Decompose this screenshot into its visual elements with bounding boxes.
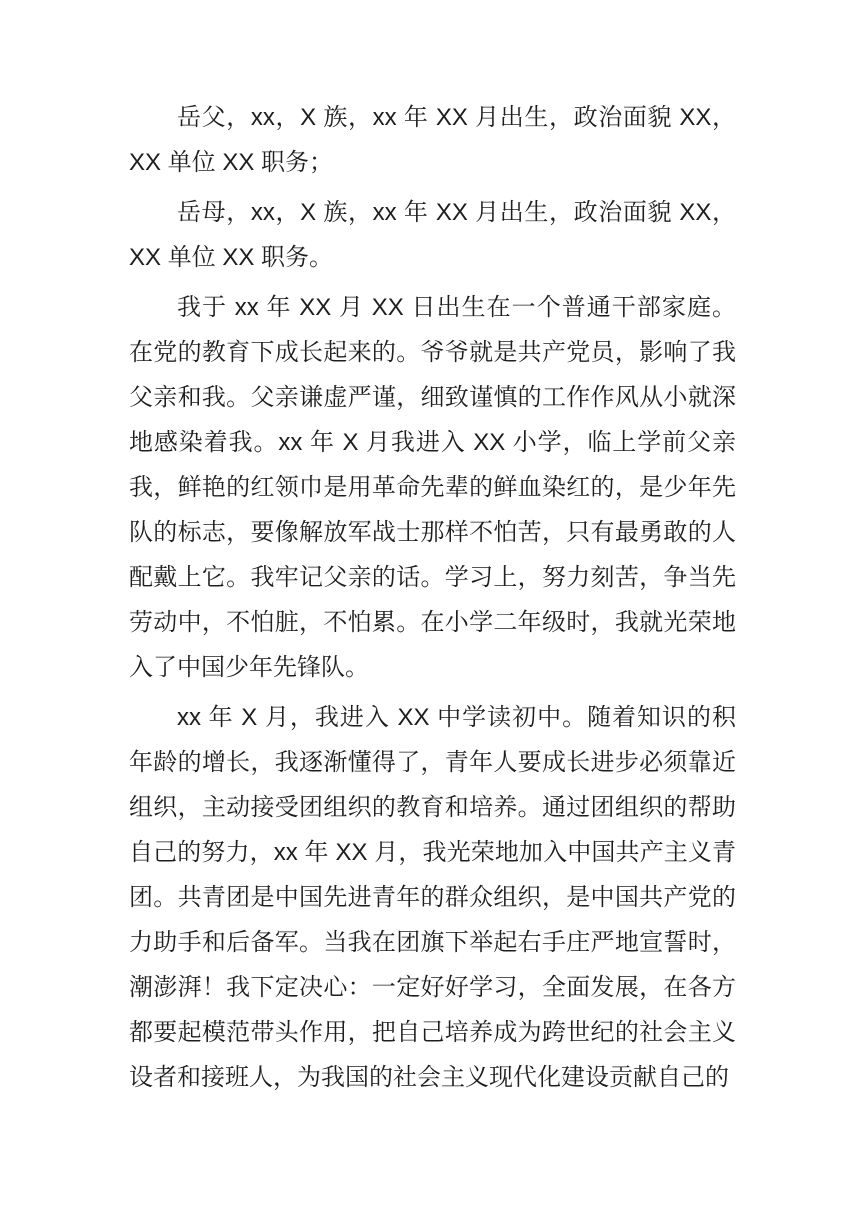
text-line: xx 年 X 月，我进入 XX 中学读初中。随着知识的积累和: [129, 695, 736, 740]
text-line: 团。共青团是中国先进青年的群众组织，是中国共产党的得: [129, 875, 736, 920]
text-line: 力助手和后备军。当我在团旗下举起右手庄严地宣誓时，心: [129, 920, 736, 965]
paragraph-2: 岳母，xx，X 族，xx 年 XX 月出生，政治面貌 XX，现任XX 单位 XX…: [129, 190, 736, 280]
text-line: 都要起模范带头作用，把自己培养成为跨世纪的社会主义建: [129, 1010, 736, 1055]
text-line: 入了中国少年先锋队。: [129, 645, 736, 690]
document-body: 岳父，xx，X 族，xx 年 XX 月出生，政治面貌 XX，现任XX 单位 XX…: [129, 95, 736, 1105]
text-line: 劳动中，不怕脏，不怕累。在小学二年级时，我就光荣地加: [129, 600, 736, 645]
paragraph-3: 我于 xx 年 XX 月 XX 日出生在一个普通干部家庭。我是在党的教育下成长起…: [129, 285, 736, 690]
text-line: 自己的努力，xx 年 XX 月，我光荣地加入中国共产主义青年: [129, 830, 736, 875]
text-line: 队的标志，要像解放军战士那样不怕苦，只有最勇敢的人才: [129, 510, 736, 555]
text-line: 岳母，xx，X 族，xx 年 XX 月出生，政治面貌 XX，现任: [129, 190, 736, 235]
text-line: XX 单位 XX 职务；: [129, 140, 736, 185]
text-line: 设者和接班人，为我国的社会主义现代化建设贡献自己的力: [129, 1055, 736, 1100]
text-line: 配戴上它。我牢记父亲的话。学习上，努力刻苦，争当先进；: [129, 555, 736, 600]
text-line: 父亲和我。父亲谦虚严谨，细致谨慎的工作作风从小就深深: [129, 375, 736, 420]
text-line: XX 单位 XX 职务。: [129, 235, 736, 280]
text-line: 我于 xx 年 XX 月 XX 日出生在一个普通干部家庭。我是: [129, 285, 736, 330]
paragraph-1: 岳父，xx，X 族，xx 年 XX 月出生，政治面貌 XX，现任XX 单位 XX…: [129, 95, 736, 185]
document-page: 岳父，xx，X 族，xx 年 XX 月出生，政治面貌 XX，现任XX 单位 XX…: [0, 0, 864, 1222]
text-line: 在党的教育下成长起来的。爷爷就是共产党员，影响了我的: [129, 330, 736, 375]
text-line: 潮澎湃！我下定决心：一定好好学习，全面发展，在各方面: [129, 965, 736, 1010]
text-line: 岳父，xx，X 族，xx 年 XX 月出生，政治面貌 XX，现任: [129, 95, 736, 140]
paragraph-4: xx 年 X 月，我进入 XX 中学读初中。随着知识的积累和年龄的增长，我逐渐懂…: [129, 695, 736, 1100]
text-line: 地感染着我。xx 年 X 月我进入 XX 小学，临上学前父亲教育: [129, 420, 736, 465]
text-line: 组织，主动接受团组织的教育和培养。通过团组织的帮助和: [129, 785, 736, 830]
text-line: 年龄的增长，我逐渐懂得了，青年人要成长进步必须靠近团: [129, 740, 736, 785]
text-line: 我，鲜艳的红领巾是用革命先辈的鲜血染红的，是少年先锋: [129, 465, 736, 510]
